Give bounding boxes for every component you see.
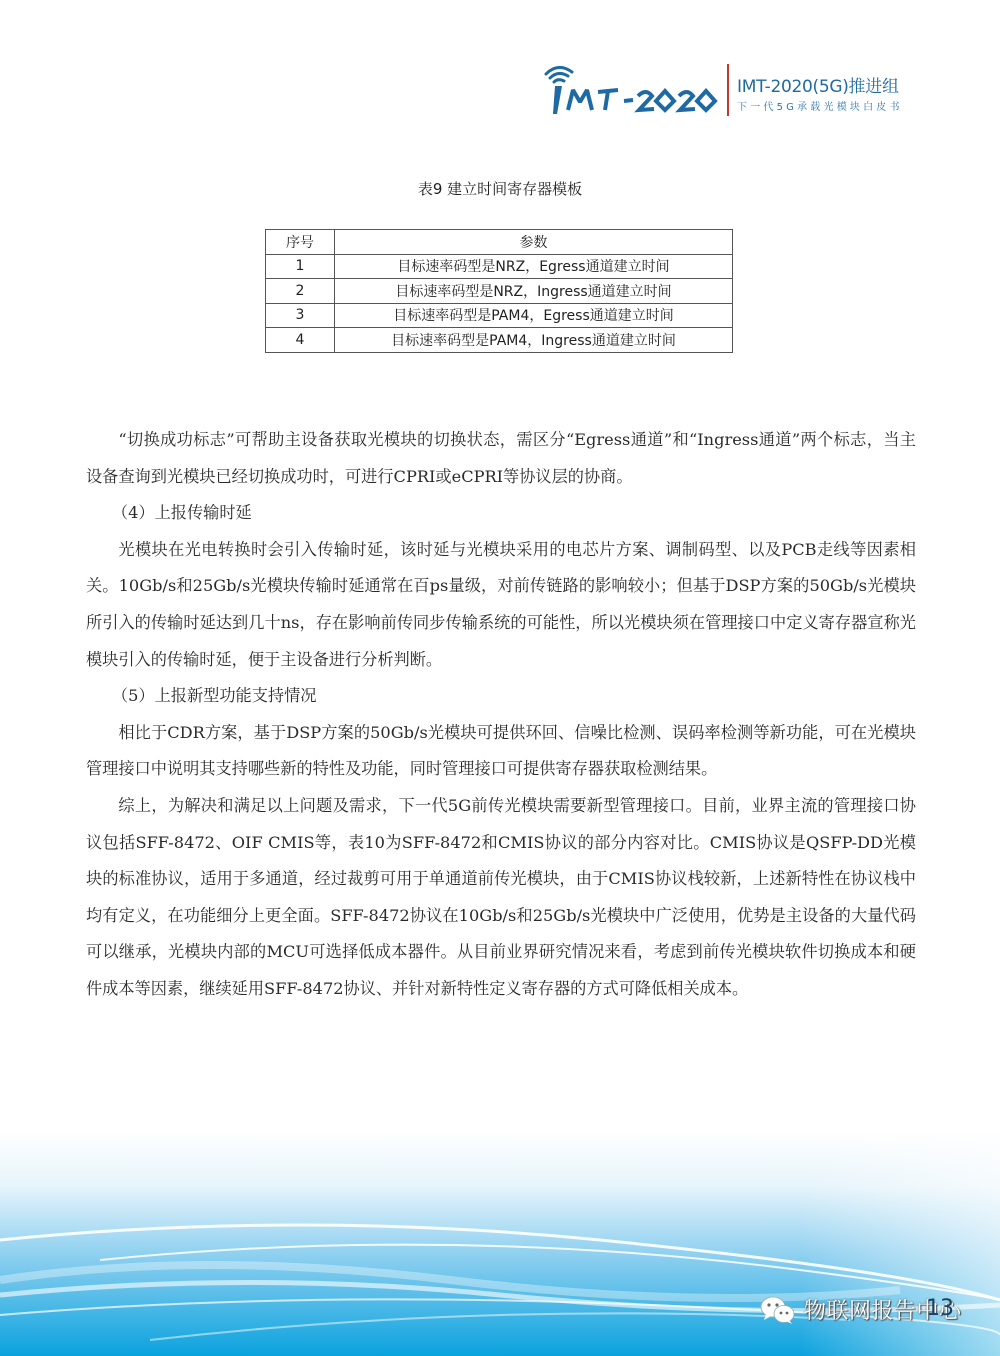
page-header: IMT-2020(5G)推进组 下一代5G承载光模块白皮书 — [540, 58, 940, 128]
table-row: 3 目标速率码型是PAM4，Egress通道建立时间 — [266, 303, 733, 328]
org-title: IMT-2020(5G)推进组 — [737, 72, 899, 97]
row-no: 3 — [266, 303, 335, 328]
section-heading-latency: （4）上报传输时延 — [86, 495, 916, 532]
page-number: 13 — [926, 1296, 954, 1321]
table-row: 1 目标速率码型是NRZ，Egress通道建立时间 — [266, 254, 733, 279]
body-text: “切换成功标志”可帮助主设备获取光模块的切换状态，需区分“Egress通道”和“… — [86, 422, 916, 1008]
row-param: 目标速率码型是NRZ，Ingress通道建立时间 — [335, 279, 733, 304]
header-separator — [727, 64, 729, 116]
column-header-no: 序号 — [266, 230, 335, 255]
register-template-table: 序号 参数 1 目标速率码型是NRZ，Egress通道建立时间 2 目标速率码型… — [265, 229, 733, 353]
row-no: 1 — [266, 254, 335, 279]
wechat-icon — [760, 1295, 796, 1325]
imt2020-logo-icon — [540, 58, 720, 118]
imt2020-logo — [540, 58, 720, 118]
row-no: 4 — [266, 328, 335, 353]
row-param: 目标速率码型是NRZ，Egress通道建立时间 — [335, 254, 733, 279]
paragraph-switch-flag: “切换成功标志”可帮助主设备获取光模块的切换状态，需区分“Egress通道”和“… — [86, 422, 916, 495]
row-param: 目标速率码型是PAM4，Ingress通道建立时间 — [335, 328, 733, 353]
row-no: 2 — [266, 279, 335, 304]
paragraph-latency: 光模块在光电转换时会引入传输时延，该时延与光模块采用的电芯片方案、调制码型、以及… — [86, 532, 916, 678]
table-row: 4 目标速率码型是PAM4，Ingress通道建立时间 — [266, 328, 733, 353]
org-subtitle: 下一代5G承载光模块白皮书 — [737, 98, 903, 113]
paragraph-new-features: 相比于CDR方案，基于DSP方案的50Gb/s光模块可提供环回、信噪比检测、误码… — [86, 715, 916, 788]
row-param: 目标速率码型是PAM4，Egress通道建立时间 — [335, 303, 733, 328]
column-header-param: 参数 — [335, 230, 733, 255]
table-header-row: 序号 参数 — [266, 230, 733, 255]
paragraph-summary: 综上，为解决和满足以上问题及需求，下一代5G前传光模块需要新型管理接口。目前，业… — [86, 788, 916, 1008]
table-caption: 表9 建立时间寄存器模板 — [0, 178, 1000, 199]
section-heading-new-features: （5）上报新型功能支持情况 — [86, 678, 916, 715]
table-row: 2 目标速率码型是NRZ，Ingress通道建立时间 — [266, 279, 733, 304]
